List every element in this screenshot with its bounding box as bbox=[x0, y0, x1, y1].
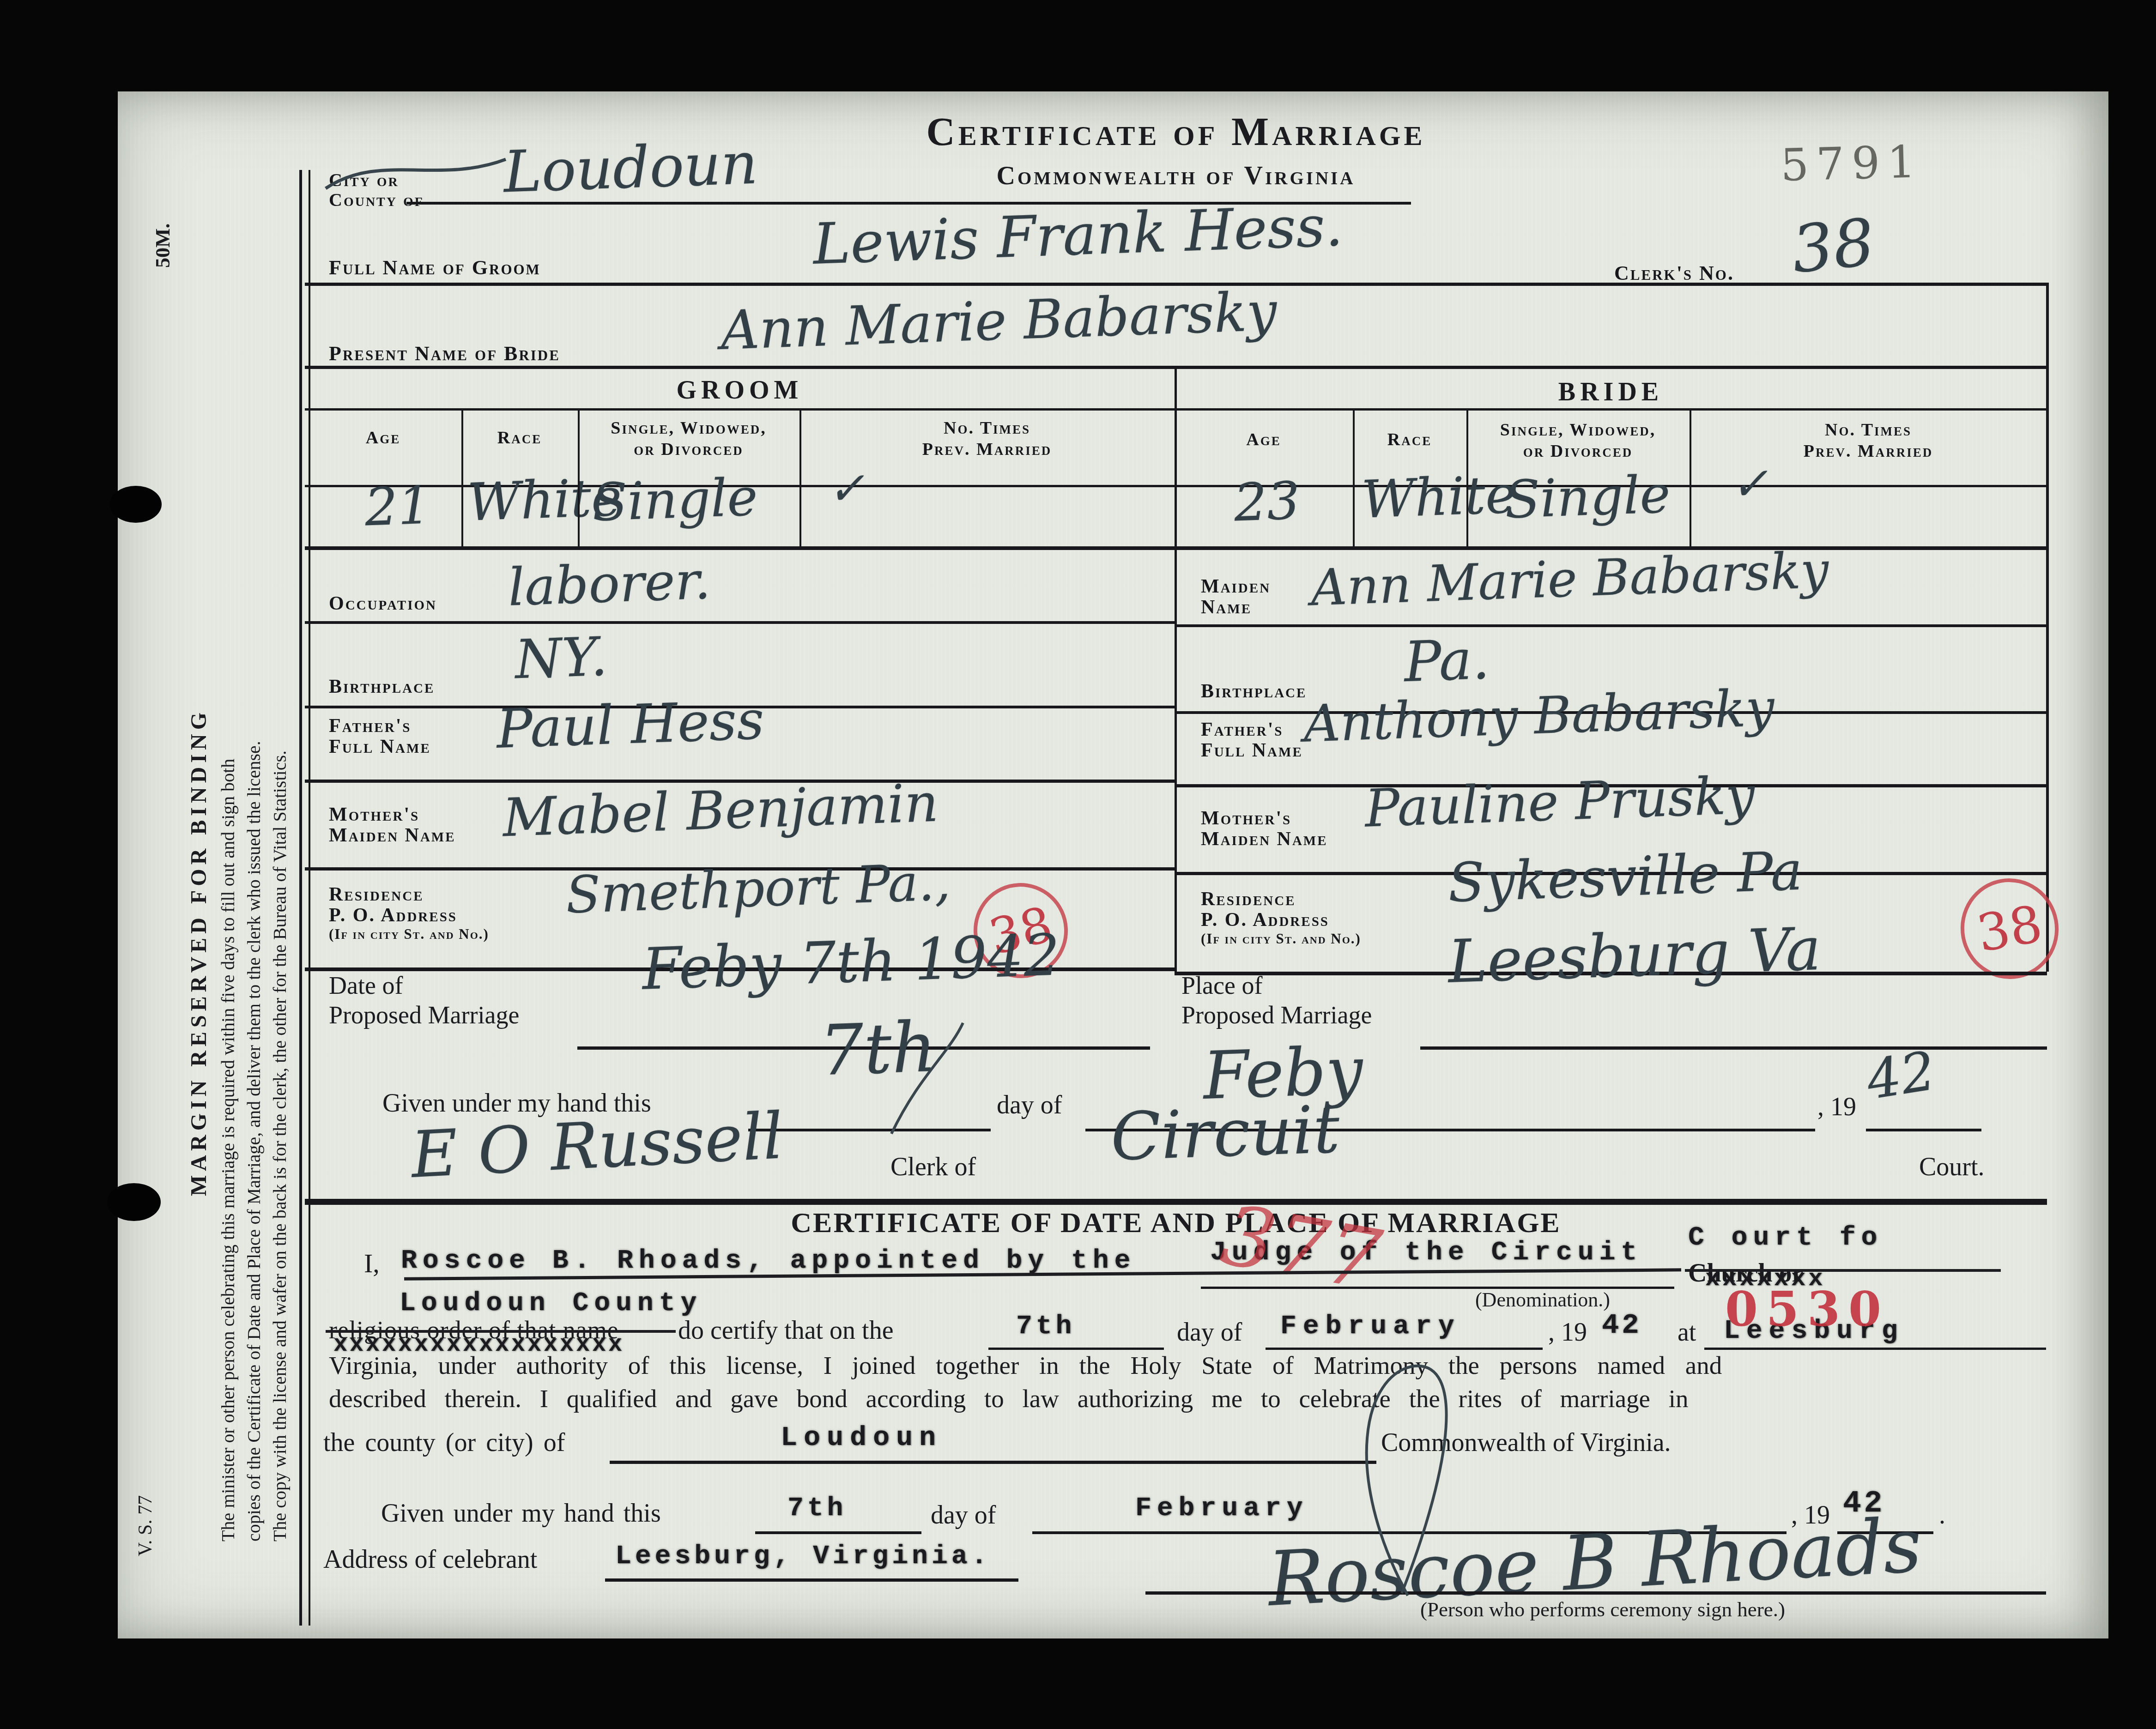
occupation-label: Occupation bbox=[329, 593, 437, 614]
column-divider bbox=[799, 409, 801, 548]
license-19-label: , 19 bbox=[1817, 1094, 1856, 1121]
father-label-line: Full Name bbox=[329, 737, 431, 757]
section-divider-rule bbox=[305, 1199, 2047, 1205]
column-divider bbox=[461, 409, 463, 548]
col-status-line: Single, Widowed, bbox=[1466, 419, 1690, 441]
column-divider bbox=[578, 409, 580, 548]
certificate-body-line: Virginia, under authority of this licens… bbox=[329, 1352, 1722, 1379]
groom-status-value: Single bbox=[591, 467, 759, 533]
bride-residence-value: Sykesville Pa bbox=[1447, 840, 1804, 915]
column-divider bbox=[1353, 409, 1355, 548]
groom-section-header: GROOM bbox=[305, 377, 1175, 404]
court-label: Court. bbox=[1919, 1154, 1985, 1181]
col-times-bride: No. Times Prev. Married bbox=[1690, 419, 2047, 462]
mother-label-line: Mother's bbox=[329, 804, 456, 825]
strike-line bbox=[326, 1330, 676, 1333]
bride-race-value: White bbox=[1361, 465, 1517, 530]
proposed-place-label-line: Place of bbox=[1181, 971, 1372, 1000]
proposed-place-label: Place of Proposed Marriage bbox=[1181, 971, 1372, 1030]
bride-birthplace-label: Birthplace bbox=[1201, 681, 1307, 702]
margin-instructions-line: The copy with the license and wafer on t… bbox=[267, 193, 293, 1542]
col-times-line: Prev. Married bbox=[799, 439, 1175, 460]
maiden-label-line: Name bbox=[1201, 597, 1271, 618]
bride-status-value: Single bbox=[1504, 465, 1672, 530]
residence-label-line: (If in city St. and No.) bbox=[1201, 931, 1361, 946]
form-rule bbox=[610, 1461, 1376, 1464]
at-label: at bbox=[1678, 1319, 1696, 1346]
form-code: V. S. 77 bbox=[135, 1464, 158, 1556]
groom-birthplace-value: NY. bbox=[514, 626, 609, 691]
residence-label-line: (If in city St. and No.) bbox=[329, 926, 489, 942]
punch-hole bbox=[110, 486, 162, 523]
ceremony-month-value: February bbox=[1280, 1312, 1460, 1342]
mother-label-line: Maiden Name bbox=[329, 825, 456, 846]
father-label-line: Full Name bbox=[1201, 740, 1303, 761]
mother-label-line: Mother's bbox=[1201, 808, 1328, 829]
form-rule bbox=[1866, 1129, 1981, 1131]
groom-father-value: Paul Hess bbox=[496, 689, 765, 761]
strike-line bbox=[1685, 1269, 2001, 1272]
binding-rule bbox=[299, 170, 302, 1626]
bride-name-label: Present Name of Bride bbox=[329, 343, 560, 365]
certificate-body-line: described therein. I qualified and gave … bbox=[329, 1385, 1689, 1412]
serial-stamp: 5791 bbox=[1780, 136, 1924, 191]
dayof-label: day of bbox=[1177, 1319, 1242, 1346]
col-age-groom: Age bbox=[305, 429, 461, 447]
margin-print-run: 50M. bbox=[152, 199, 176, 268]
sign-here-caption: (Person who performs ceremony sign here.… bbox=[1164, 1599, 2041, 1620]
groom-bride-divider bbox=[1175, 367, 1177, 972]
residence-label-line: Residence bbox=[1201, 889, 1361, 910]
registrar-number-stamp: 0530 bbox=[1725, 1282, 1890, 1337]
certify-text: do certify that on the bbox=[678, 1317, 894, 1344]
i-label: I, bbox=[364, 1250, 380, 1278]
address-of-celebrant-value: Leesburg, Virginia. bbox=[615, 1542, 991, 1572]
celebrant-month-value: February bbox=[1135, 1493, 1308, 1523]
father-label-line: Father's bbox=[1201, 719, 1303, 740]
groom-age-value: 21 bbox=[364, 476, 432, 538]
margin-instructions-line: The minister or other person celebrating… bbox=[215, 193, 241, 1542]
proposed-date-label-line: Date of bbox=[329, 971, 519, 1000]
bride-residence-label: Residence P. O. Address (If in city St. … bbox=[1201, 889, 1361, 946]
col-status-line: or Divorced bbox=[1466, 441, 1690, 462]
residence-label-line: Residence bbox=[329, 884, 489, 905]
col-race-groom: Race bbox=[461, 429, 578, 447]
form-rule bbox=[605, 1578, 1018, 1582]
groom-prev-married-check: ✓ bbox=[827, 462, 866, 515]
city-county-value: Loudoun bbox=[503, 130, 759, 206]
margin-binding-note: MARGIN RESERVED FOR BINDING bbox=[188, 660, 215, 1196]
col-status-line: or Divorced bbox=[578, 439, 799, 460]
address-of-celebrant-label: Address of celebrant bbox=[323, 1546, 537, 1573]
groom-mother-label: Mother's Maiden Name bbox=[329, 804, 456, 846]
city-county-label-line: County of bbox=[329, 190, 424, 210]
groom-residence-label: Residence P. O. Address (If in city St. … bbox=[329, 884, 489, 942]
form-rule bbox=[1420, 1046, 2047, 1050]
form-rule bbox=[748, 1129, 991, 1131]
father-label-line: Father's bbox=[329, 716, 431, 737]
clerks-no-label: Clerk's No. bbox=[1614, 262, 1734, 284]
sentence-period: . bbox=[1939, 1502, 1945, 1529]
punch-hole bbox=[107, 1183, 161, 1221]
license-given-year: 42 bbox=[1862, 1040, 1939, 1112]
form-rule bbox=[305, 621, 1175, 624]
county-pre-text: the county (or city) of bbox=[323, 1429, 565, 1457]
bride-age-value: 23 bbox=[1233, 471, 1301, 533]
occupation-value: laborer. bbox=[507, 550, 712, 617]
scanned-marriage-certificate: { "stamps": { "serial": "5791", "registr… bbox=[0, 0, 2156, 1729]
groom-father-label: Father's Full Name bbox=[329, 716, 431, 758]
proposed-date-label-line: Proposed Marriage bbox=[329, 1000, 519, 1030]
margin-instructions-line: copies of the Certificate of Date and Pl… bbox=[241, 193, 267, 1542]
form-rule bbox=[1704, 1348, 2046, 1350]
court-type-value: Circuit bbox=[1109, 1091, 1341, 1175]
typed-county-text: Loudoun County bbox=[400, 1288, 702, 1318]
mother-label-line: Maiden Name bbox=[1201, 829, 1328, 850]
ceremony-day-value: 7th bbox=[1016, 1312, 1075, 1342]
bride-mother-label: Mother's Maiden Name bbox=[1201, 808, 1328, 850]
ceremony-county-value: Loudoun bbox=[781, 1422, 942, 1454]
proposed-date-label: Date of Proposed Marriage bbox=[329, 971, 519, 1030]
license-given-day: 7th bbox=[818, 1007, 938, 1092]
comma19-label: , 19 bbox=[1548, 1319, 1587, 1346]
column-divider bbox=[1690, 409, 1691, 548]
maiden-name-label: Maiden Name bbox=[1201, 576, 1271, 618]
column-divider bbox=[1466, 409, 1468, 548]
bride-section-header: BRIDE bbox=[1175, 379, 2047, 406]
license-dayof-label: day of bbox=[997, 1092, 1062, 1119]
groom-name-label: Full Name of Groom bbox=[329, 257, 541, 279]
commonwealth-label: Commonwealth of Virginia. bbox=[1381, 1429, 1671, 1457]
col-age-bride: Age bbox=[1175, 430, 1353, 449]
col-status-bride: Single, Widowed, or Divorced bbox=[1466, 419, 1690, 462]
ceremony-year-value: 42 bbox=[1602, 1309, 1641, 1342]
denomination-label: (Denomination.) bbox=[1404, 1289, 1681, 1311]
bride-birthplace-value: Pa. bbox=[1403, 628, 1491, 695]
col-times-groom: No. Times Prev. Married bbox=[799, 417, 1175, 460]
form-rule bbox=[1145, 1591, 2046, 1595]
form-rule bbox=[755, 1531, 921, 1534]
col-race-bride: Race bbox=[1353, 430, 1466, 449]
celebrant-day-value: 7th bbox=[787, 1493, 847, 1523]
residence-label-line: P. O. Address bbox=[1201, 910, 1361, 931]
celebrant-dayof-label: day of bbox=[931, 1502, 996, 1529]
margin-instructions: The minister or other person celebrating… bbox=[215, 193, 295, 1542]
bride-prev-married-check: ✓ bbox=[1730, 458, 1769, 511]
residence-label-line: P. O. Address bbox=[329, 905, 489, 926]
clerks-no-value: 38 bbox=[1788, 205, 1878, 288]
celebrant-typed-name: Roscoe B. Rhoads, appointed by the bbox=[401, 1246, 1136, 1276]
proposed-place-label-line: Proposed Marriage bbox=[1181, 1000, 1372, 1030]
form-rule bbox=[1175, 624, 2047, 627]
city-county-label-line: City or bbox=[329, 170, 424, 190]
table-right-border bbox=[2046, 283, 2049, 972]
celebrant-given-text: Given under my hand this bbox=[381, 1500, 661, 1527]
proposed-place-value: Leesburg Va bbox=[1447, 915, 1822, 997]
bride-father-label: Father's Full Name bbox=[1201, 719, 1303, 762]
form-rule bbox=[988, 1348, 1164, 1350]
clerk-of-label: Clerk of bbox=[890, 1154, 976, 1181]
col-times-line: No. Times bbox=[1690, 419, 2047, 441]
groom-birthplace-label: Birthplace bbox=[329, 677, 435, 697]
form-rule bbox=[1266, 1348, 1543, 1350]
col-status-line: Single, Widowed, bbox=[578, 417, 799, 439]
typed-court-text: C ourt fo bbox=[1688, 1223, 1883, 1253]
col-status-groom: Single, Widowed, or Divorced bbox=[578, 417, 799, 460]
col-times-line: No. Times bbox=[799, 417, 1175, 439]
maiden-label-line: Maiden bbox=[1201, 576, 1271, 597]
